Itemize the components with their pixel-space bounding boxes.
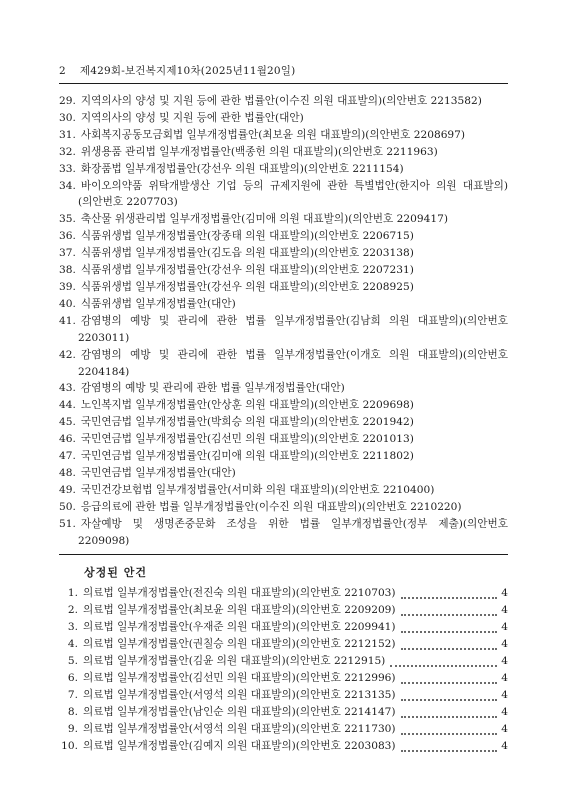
agenda-item-page: 4 <box>500 653 508 670</box>
agenda-item-page: 4 <box>500 687 508 704</box>
bill-item: 50.응급의료에 관한 법률 일부개정법률안(이수진 의원 대표발의)(의안번호… <box>59 499 508 516</box>
agenda-item-page: 4 <box>500 721 508 738</box>
agenda-item-page: 4 <box>500 602 508 619</box>
agenda-item-number: 2. <box>59 602 78 619</box>
agenda-item-page: 4 <box>500 738 508 755</box>
agenda-item-number: 8. <box>59 704 78 721</box>
agenda-item-number: 7. <box>59 687 78 704</box>
agenda-item: 2. 의료법 일부개정법률안(최보윤 의원 대표발의)(의안번호 2209209… <box>59 602 508 619</box>
bill-title: 국민건강보험법 일부개정법률안(서미화 의원 대표발의)(의안번호 221040… <box>81 484 435 496</box>
bill-title: 지역의사의 양성 및 지원 등에 관한 법률안(이수진 의원 대표발의)(의안번… <box>81 95 482 107</box>
agenda-item-number: 1. <box>59 585 78 602</box>
agenda-item: 9. 의료법 일부개정법률안(서영석 의원 대표발의)(의안번호 2211730… <box>59 721 508 738</box>
bill-number: 33. <box>59 163 76 175</box>
bill-title: 식품위생법 일부개정법률안(김도읍 의원 대표발의)(의안번호 2203138) <box>81 247 414 259</box>
bill-item: 36.식품위생법 일부개정법률안(장종태 의원 대표발의)(의안번호 22067… <box>59 228 508 245</box>
agenda-item: 8. 의료법 일부개정법률안(남인순 의원 대표발의)(의안번호 2214147… <box>59 704 508 721</box>
agenda-item-title: 의료법 일부개정법률안(남인순 의원 대표발의)(의안번호 2214147) <box>83 704 396 721</box>
bill-title: 감염병의 예방 및 관리에 관한 법률 일부개정법률안(김남희 의원 대표발의)… <box>78 315 508 344</box>
agenda-item-title: 의료법 일부개정법률안(서영석 의원 대표발의)(의안번호 2213135) <box>83 687 396 704</box>
agenda-item-page: 4 <box>500 619 508 636</box>
agenda-item-page: 4 <box>500 636 508 653</box>
bill-title: 축산물 위생관리법 일부개정법률안(김미애 의원 대표발의)(의안번호 2209… <box>81 213 448 225</box>
dot-leader <box>401 631 497 633</box>
dot-leader <box>401 733 497 735</box>
bill-title: 감염병의 예방 및 관리에 관한 법률 일부개정법률안(대안) <box>81 382 345 394</box>
bill-item: 35.축산물 위생관리법 일부개정법률안(김미애 의원 대표발의)(의안번호 2… <box>59 211 508 228</box>
dot-leader <box>401 648 497 650</box>
dot-leader <box>401 699 497 701</box>
agenda-item: 3. 의료법 일부개정법률안(우재준 의원 대표발의)(의안번호 2209941… <box>59 619 508 636</box>
agenda-item-number: 10. <box>59 738 78 755</box>
dot-leader <box>390 665 497 667</box>
bill-item: 40.식품위생법 일부개정법률안(대안) <box>59 296 508 313</box>
agenda-item: 5. 의료법 일부개정법률안(김윤 의원 대표발의)(의안번호 2212915)… <box>59 653 508 670</box>
bill-title: 식품위생법 일부개정법률안(강선우 의원 대표발의)(의안번호 2207231) <box>81 264 414 276</box>
bill-number: 48. <box>59 467 76 479</box>
bill-item: 49.국민건강보험법 일부개정법률안(서미화 의원 대표발의)(의안번호 221… <box>59 482 508 499</box>
bill-item: 31.사회복지공동모금회법 일부개정법률안(최보윤 의원 대표발의)(의안번호 … <box>59 127 508 144</box>
bill-title: 자살예방 및 생명존중문화 조성을 위한 법률 일부개정법률안(정부 제출)(의… <box>78 518 508 547</box>
agenda-item: 4. 의료법 일부개정법률안(권칠승 의원 대표발의)(의안번호 2212152… <box>59 636 508 653</box>
bill-number: 31. <box>59 129 76 141</box>
agenda-item-number: 6. <box>59 670 78 687</box>
agenda-item-title: 의료법 일부개정법률안(권칠승 의원 대표발의)(의안번호 2212152) <box>83 636 396 653</box>
page-content: 2 제429회-보건복지제10차(2025년11월20일) 29.지역의사의 양… <box>59 63 508 755</box>
agenda-item-number: 4. <box>59 636 78 653</box>
bill-item: 46.국민연금법 일부개정법률안(김선민 의원 대표발의)(의안번호 22010… <box>59 431 508 448</box>
document-page: 2 제429회-보건복지제10차(2025년11월20일) 29.지역의사의 양… <box>0 0 566 800</box>
bill-title: 식품위생법 일부개정법률안(강선우 의원 대표발의)(의안번호 2208925) <box>81 281 414 293</box>
agenda-item-number: 3. <box>59 619 78 636</box>
bill-item: 37.식품위생법 일부개정법률안(김도읍 의원 대표발의)(의안번호 22031… <box>59 245 508 262</box>
agenda-item-title: 의료법 일부개정법률안(김윤 의원 대표발의)(의안번호 2212915) <box>83 653 385 670</box>
bill-title: 지역의사의 양성 및 지원 등에 관한 법률안(대안) <box>81 112 304 124</box>
bill-title: 국민연금법 일부개정법률안(박희승 의원 대표발의)(의안번호 2201942) <box>81 416 414 428</box>
agenda-item-title: 의료법 일부개정법률안(전진숙 의원 대표발의)(의안번호 2210703) <box>83 585 396 602</box>
agenda-item-number: 5. <box>59 653 78 670</box>
agenda-item-title: 의료법 일부개정법률안(최보윤 의원 대표발의)(의안번호 2209209) <box>83 602 396 619</box>
bill-number: 34. <box>59 180 76 192</box>
bill-title: 위생용품 관리법 일부개정법률안(백종헌 의원 대표발의)(의안번호 22119… <box>81 146 438 158</box>
bill-item: 48.국민연금법 일부개정법률안(대안) <box>59 465 508 482</box>
bill-title: 노인복지법 일부개정법률안(안상훈 의원 대표발의)(의안번호 2209698) <box>81 399 414 411</box>
bill-item: 43.감염병의 예방 및 관리에 관한 법률 일부개정법률안(대안) <box>59 380 508 397</box>
agenda-item-title: 의료법 일부개정법률안(서영석 의원 대표발의)(의안번호 2211730) <box>83 721 396 738</box>
bill-title: 응급의료에 관한 법률 일부개정법률안(이수진 의원 대표발의)(의안번호 22… <box>81 501 462 513</box>
bill-number: 47. <box>59 450 76 462</box>
bill-number: 43. <box>59 382 76 394</box>
agenda-item-title: 의료법 일부개정법률안(우재준 의원 대표발의)(의안번호 2209941) <box>83 619 396 636</box>
bill-number: 49. <box>59 484 76 496</box>
bill-number: 44. <box>59 399 76 411</box>
bill-item: 29.지역의사의 양성 및 지원 등에 관한 법률안(이수진 의원 대표발의)(… <box>59 93 508 110</box>
bill-number: 45. <box>59 416 76 428</box>
dot-leader <box>401 614 497 616</box>
bill-item: 33.화장품법 일부개정법률안(강선우 의원 대표발의)(의안번호 221115… <box>59 161 508 178</box>
bill-number: 35. <box>59 213 76 225</box>
bill-title: 식품위생법 일부개정법률안(대안) <box>81 298 236 310</box>
agenda-item-page: 4 <box>500 670 508 687</box>
bill-item: 39.식품위생법 일부개정법률안(강선우 의원 대표발의)(의안번호 22089… <box>59 279 508 296</box>
agenda-section: 상정된 안건 1. 의료법 일부개정법률안(전진숙 의원 대표발의)(의안번호 … <box>59 554 508 754</box>
bill-item: 41.감염병의 예방 및 관리에 관한 법률 일부개정법률안(김남희 의원 대표… <box>59 313 508 347</box>
bill-number: 41. <box>59 315 76 327</box>
bill-number: 51. <box>59 518 76 530</box>
agenda-item-page: 4 <box>500 704 508 721</box>
dot-leader <box>401 597 497 599</box>
bill-item: 34.바이오의약품 위탁개발생산 기업 등의 규제지원에 관한 특별법안(한지아… <box>59 178 508 212</box>
agenda-item: 10. 의료법 일부개정법률안(김예지 의원 대표발의)(의안번호 220308… <box>59 738 508 755</box>
agenda-item-title: 의료법 일부개정법률안(김선민 의원 대표발의)(의안번호 2212996) <box>83 670 396 687</box>
bill-number: 46. <box>59 433 76 445</box>
bill-item: 45.국민연금법 일부개정법률안(박희승 의원 대표발의)(의안번호 22019… <box>59 414 508 431</box>
agenda-item-title: 의료법 일부개정법률안(김예지 의원 대표발의)(의안번호 2203083) <box>83 738 396 755</box>
bill-title: 사회복지공동모금회법 일부개정법률안(최보윤 의원 대표발의)(의안번호 220… <box>81 129 465 141</box>
agenda-item: 6. 의료법 일부개정법률안(김선민 의원 대표발의)(의안번호 2212996… <box>59 670 508 687</box>
bill-item: 44.노인복지법 일부개정법률안(안상훈 의원 대표발의)(의안번호 22096… <box>59 397 508 414</box>
agenda-item: 7. 의료법 일부개정법률안(서영석 의원 대표발의)(의안번호 2213135… <box>59 687 508 704</box>
dot-leader <box>401 716 497 718</box>
agenda-section-heading: 상정된 안건 <box>59 564 508 580</box>
bill-title: 감염병의 예방 및 관리에 관한 법률 일부개정법률안(이개호 의원 대표발의)… <box>78 349 508 378</box>
header-session-title: 제429회-보건복지제10차(2025년11월20일) <box>80 63 296 78</box>
bill-number: 30. <box>59 112 76 124</box>
bill-title: 국민연금법 일부개정법률안(김선민 의원 대표발의)(의안번호 2201013) <box>81 433 414 445</box>
agenda-item-number: 9. <box>59 721 78 738</box>
bill-title: 국민연금법 일부개정법률안(대안) <box>81 467 236 479</box>
bill-item: 38.식품위생법 일부개정법률안(강선우 의원 대표발의)(의안번호 22072… <box>59 262 508 279</box>
bill-number: 42. <box>59 349 76 361</box>
bill-number: 50. <box>59 501 76 513</box>
bill-list-continued: 29.지역의사의 양성 및 지원 등에 관한 법률안(이수진 의원 대표발의)(… <box>59 93 508 549</box>
bill-number: 39. <box>59 281 76 293</box>
bill-number: 38. <box>59 264 76 276</box>
bill-number: 37. <box>59 247 76 259</box>
agenda-item-page: 4 <box>500 585 508 602</box>
bill-number: 32. <box>59 146 76 158</box>
page-header: 2 제429회-보건복지제10차(2025년11월20일) <box>59 63 508 84</box>
bill-item: 30.지역의사의 양성 및 지원 등에 관한 법률안(대안) <box>59 110 508 127</box>
bill-title: 바이오의약품 위탁개발생산 기업 등의 규제지원에 관한 특별법안(한지아 의원… <box>78 180 508 209</box>
bill-number: 40. <box>59 298 76 310</box>
bill-title: 화장품법 일부개정법률안(강선우 의원 대표발의)(의안번호 2211154) <box>81 163 404 175</box>
bill-number: 29. <box>59 95 76 107</box>
bill-item: 47.국민연금법 일부개정법률안(김미애 의원 대표발의)(의안번호 22118… <box>59 448 508 465</box>
bill-title: 식품위생법 일부개정법률안(장종태 의원 대표발의)(의안번호 2206715) <box>81 230 414 242</box>
bill-title: 국민연금법 일부개정법률안(김미애 의원 대표발의)(의안번호 2211802) <box>81 450 414 462</box>
bill-number: 36. <box>59 230 76 242</box>
bill-item: 51.자살예방 및 생명존중문화 조성을 위한 법률 일부개정법률안(정부 제출… <box>59 516 508 550</box>
dot-leader <box>401 682 497 684</box>
bill-item: 42.감염병의 예방 및 관리에 관한 법률 일부개정법률안(이개호 의원 대표… <box>59 347 508 381</box>
header-page-number: 2 <box>59 65 66 77</box>
bill-item: 32.위생용품 관리법 일부개정법률안(백종헌 의원 대표발의)(의안번호 22… <box>59 144 508 161</box>
agenda-item: 1. 의료법 일부개정법률안(전진숙 의원 대표발의)(의안번호 2210703… <box>59 585 508 602</box>
dot-leader <box>401 750 497 752</box>
